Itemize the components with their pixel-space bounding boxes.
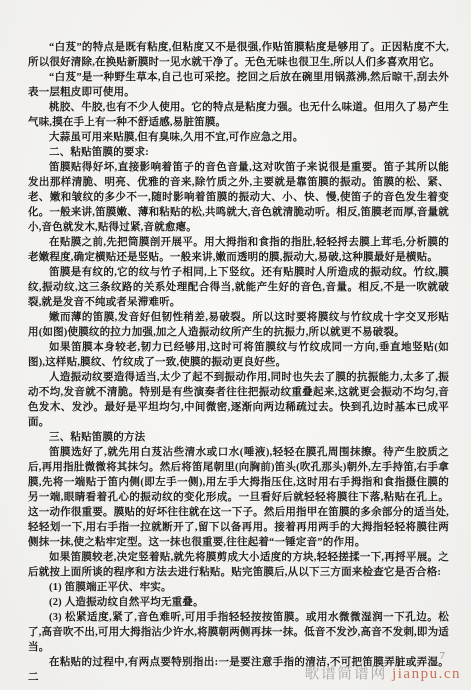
scanned-book-page: { "colors": { "paper": "#f4f3f0", "ink":… (0, 0, 471, 690)
paragraph: 桃胶、牛胶,也有不少人使用。它的特点是粘度力强。也无什么味道。但用久了易产生气味… (28, 100, 449, 130)
paragraph: 如果笛膜较老,决定竖着贴,就先将膜剪成大小适度的方块,轻轻搓揉一下,再捋平展。之… (28, 550, 449, 580)
paragraph: “白芨”是一种野生草本,自己也可采挖。挖回之后放在碗里用锅蒸沸,然后晾干,刮去外… (28, 70, 449, 100)
paragraph: 笛膜是有纹的,它的纹与竹子相同,上下竖纹。还有贴膜时人所造成的振动纹。竹纹,膜纹… (28, 265, 449, 310)
watermark-site-name: 歌谱简谱网 (304, 666, 387, 682)
text-column: “白芨”的特点是既有粘度,但粘度又不是很强,作贴笛膜粘度是够用了。正因粘度不大,… (28, 40, 449, 685)
list-item: (2) 人造振动纹自然平均无重叠。 (28, 595, 449, 610)
section-heading: 二、粘贴笛膜的要求: (28, 145, 449, 160)
paragraph: 在贴膜之前,先把筒膜剖开展平。用大拇指和食指的指肚,轻轻捋去膜上茸毛,分析膜的老… (28, 235, 449, 265)
section-heading: 三、粘贴笛膜的方法 (28, 430, 449, 445)
page-number: 7 (440, 650, 446, 662)
paragraph: 笛膜贴得好坏,直接影响着笛子的音色音量,这对吹笛子来说很是重要。笛子其所以能发出… (28, 160, 449, 235)
paragraph: 笛膜选好了,就先用白芨沾些清水或口水(唾液),轻轻在膜孔周围抹擦。待产生胶质之后… (28, 445, 449, 550)
paragraph: 嫩而薄的笛膜,发音好但韧性稍差,易破裂。所以这时要将膜纹与竹纹成十字交叉形贴用(… (28, 310, 449, 340)
list-item: (1) 笛膜端正平伏、牢实。 (28, 580, 449, 595)
paragraph: 如果笛膜本身较老,韧力已经够用,这时可将笛膜纹与竹纹成同一方向,垂直地竖贴(如图… (28, 340, 449, 370)
watermark-site-url: jianpu.cn (392, 666, 461, 682)
watermark: 歌谱简谱网 jianpu.cn (304, 662, 461, 683)
paragraph: 人造振动纹要造得适当,太少了起不到振动作用,同时也失去了膜的抗振能力,太多了,振… (28, 370, 449, 430)
paragraph: 大蒜虽可用来贴膜,但有臭味,久用不宜,可作应急之用。 (28, 130, 449, 145)
list-item: (3) 松紧适度,紧了,音色难听,可用手指轻轻按按笛膜。或用水微微湿润一下孔边。… (28, 610, 449, 655)
paragraph: “白芨”的特点是既有粘度,但粘度又不是很强,作贴笛膜粘度是够用了。正因粘度不大,… (28, 40, 449, 70)
